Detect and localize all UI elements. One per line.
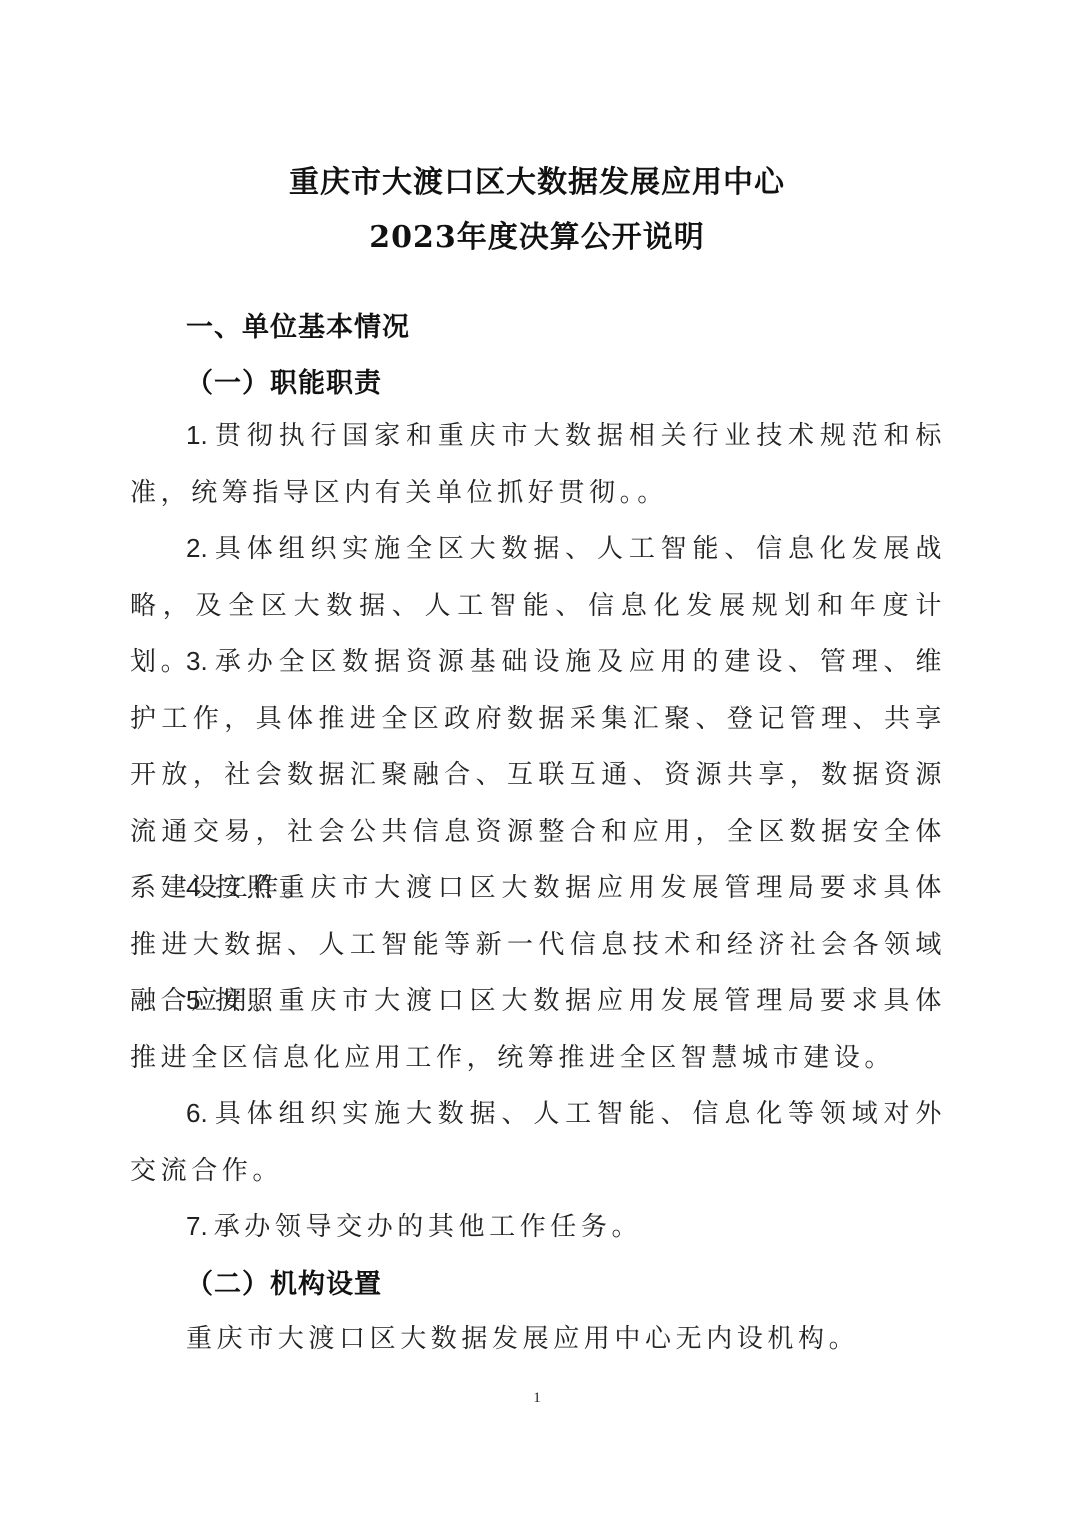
duty-item-7: 7.承办领导交办的其他工作任务。	[130, 1198, 946, 1256]
document-title-line1: 重庆市大渡口区大数据发展应用中心	[0, 157, 1074, 201]
item-text: 承办领导交办的其他工作任务。	[214, 1212, 642, 1242]
duty-item-1: 1.贯彻执行国家和重庆市大数据相关行业技术规范和标准，统筹指导区内有关单位抓好贯…	[130, 407, 946, 521]
document-title-line2: 2023年度决算公开说明	[0, 212, 1074, 256]
duty-item-6: 6.具体组织实施大数据、人工智能、信息化等领域对外交流合作。	[130, 1085, 946, 1199]
item-number: 5.	[186, 985, 208, 1015]
item-number: 4.	[186, 872, 208, 902]
item-number: 7.	[186, 1211, 208, 1241]
organization-text: 重庆市大渡口区大数据发展应用中心无内设机构。	[130, 1311, 946, 1368]
item-number: 3.	[186, 646, 208, 676]
subsection-heading-organization: （二）机构设置	[186, 1262, 382, 1301]
section-heading-basic-info: 一、单位基本情况	[186, 305, 410, 344]
item-text: 按照重庆市大渡口区大数据应用发展管理局要求具体推进全区信息化应用工作，统筹推进全…	[130, 986, 946, 1073]
document-page: 重庆市大渡口区大数据发展应用中心 2023年度决算公开说明 一、单位基本情况 （…	[0, 0, 1074, 1520]
item-number: 6.	[186, 1098, 208, 1128]
duty-item-5: 5.按照重庆市大渡口区大数据应用发展管理局要求具体推进全区信息化应用工作，统筹推…	[130, 972, 946, 1086]
item-text: 贯彻执行国家和重庆市大数据相关行业技术规范和标准，统筹指导区内有关单位抓好贯彻。…	[130, 421, 946, 508]
subsection-heading-duties: （一）职能职责	[186, 361, 382, 400]
item-number: 1.	[186, 420, 208, 450]
item-number: 2.	[186, 533, 208, 563]
item-text: 具体组织实施大数据、人工智能、信息化等领域对外交流合作。	[130, 1099, 946, 1186]
page-number: 1	[0, 1390, 1074, 1407]
